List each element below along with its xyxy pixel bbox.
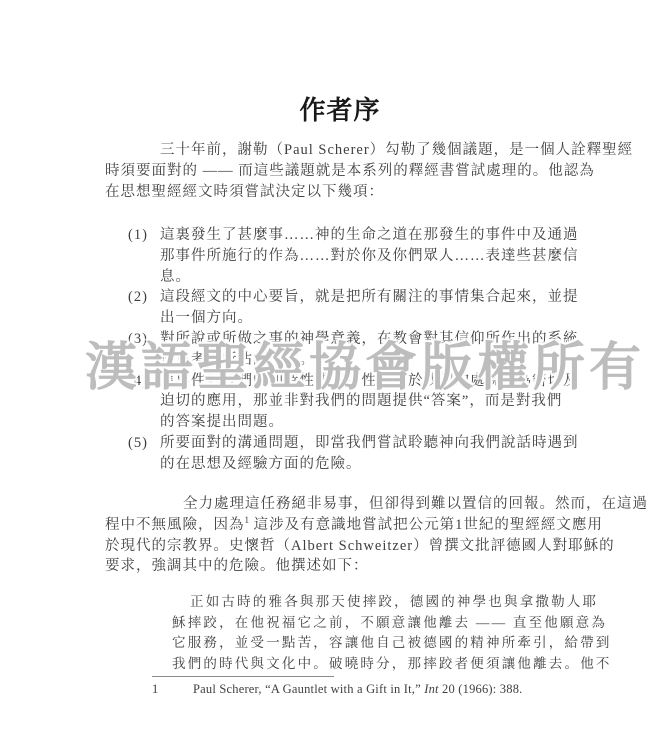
text-segment: Paul Scherer, “A Gauntlet with a Gift in… <box>193 682 424 696</box>
paragraph-risk: 全力處理這任務絕非易事，但卻得到難以置信的回報。然而，在這過 程中不無風險，因為… <box>105 494 565 577</box>
list-item-5: (5)所要面對的溝通問題，即當我們嘗試聆聽神向我們說話時遇到 <box>105 433 565 454</box>
text-line: 對所說或所做之事的神學意義，在教會對其信仰所作出的系統 <box>160 331 579 347</box>
page-content: 作者序 三十年前，謝勒（Paul Scherer）勾勒了幾個議題，是一個人詮釋聖… <box>0 0 650 750</box>
text-line: 全力處理這任務絕非易事，但卻得到難以置信的回報。然而，在這過 <box>105 494 565 515</box>
list-number: (4) <box>128 371 148 392</box>
list-number: (3) <box>128 329 148 350</box>
text-line: 這事件對我們的即時性或實用性，對於我們的處境最為密切及 <box>160 373 579 389</box>
list-number: (5) <box>128 433 148 454</box>
text-line: 它服務，並受一點苦，容讓他自己被德國的精神所牽引，給帶到 <box>172 633 502 654</box>
text-line-with-footnote-ref: 程中不無風險，因為1 這涉及有意識地嘗試把公元第1世紀的聖經經文應用 <box>105 515 565 536</box>
text-segment: 程中不無風險，因為 <box>105 517 245 533</box>
text-line: 這裏發生了甚麼事……神的生命之道在那發生的事件中及通過 <box>160 227 579 243</box>
page-title: 作者序 <box>0 95 650 125</box>
list-item-2: (2)這段經文的中心要旨，就是把所有關注的事情集合起來，並提 <box>105 287 565 308</box>
text-line: 於現代的宗教界。史懷哲（Albert Schweitzer）曾撰文批評德國人對耶… <box>105 536 565 557</box>
text-line: 所要面對的溝通問題，即當我們嘗試聆聽神向我們說話時遇到 <box>160 435 579 451</box>
footnote-number: 1 <box>152 681 158 697</box>
paragraph-intro: 三十年前，謝勒（Paul Scherer）勾勒了幾個議題，是一個人詮釋聖經 時須… <box>105 140 565 202</box>
list-number: (2) <box>128 287 148 308</box>
text-line: 的在思想及經驗方面的危險。 <box>105 454 565 475</box>
list-item-4: (4)這事件對我們的即時性或實用性，對於我們的處境最為密切及 <box>105 371 565 392</box>
text-line: 這段經文的中心要旨，就是把所有關注的事情集合起來，並提 <box>160 289 579 305</box>
book-page: 作者序 三十年前，謝勒（Paul Scherer）勾勒了幾個議題，是一個人詮釋聖… <box>0 0 650 750</box>
block-quote: 正如古時的雅各與那天使摔跤，德國的神學也與拿撒勒人耶 穌摔跤，在他祝福它之前，不… <box>172 592 502 674</box>
text-line: 性思考中所佔的位置。 <box>105 350 565 371</box>
numbered-list: (1)這裏發生了甚麼事……神的生命之道在那發生的事件中及通過 那事件所施行的作為… <box>105 225 565 475</box>
text-line: 正如古時的雅各與那天使摔跤，德國的神學也與拿撒勒人耶 <box>172 592 502 613</box>
footnote-text: Paul Scherer, “A Gauntlet with a Gift in… <box>152 681 572 697</box>
list-item-1: (1)這裏發生了甚麼事……神的生命之道在那發生的事件中及通過 <box>105 225 565 246</box>
footnote-divider <box>152 676 334 677</box>
text-line: 的答案提出問題。 <box>105 412 565 433</box>
text-segment: 20 (1966): 388. <box>439 682 523 696</box>
text-line: 息。 <box>105 267 565 288</box>
text-line: 三十年前，謝勒（Paul Scherer）勾勒了幾個議題，是一個人詮釋聖經 <box>105 140 565 161</box>
list-item-3: (3)對所說或所做之事的神學意義，在教會對其信仰所作出的系統 <box>105 329 565 350</box>
text-line: 我們的時代與文化中。破曉時分，那摔跤者便須讓他離去。他不 <box>172 654 502 675</box>
text-segment: 這涉及有意識地嘗試把公元第1世紀的聖經經文應用 <box>249 517 603 533</box>
text-line: 在思想聖經經文時須嘗試決定以下幾項： <box>105 182 565 203</box>
text-line: 時須要面對的 —— 而這些議題就是本系列的釋經書嘗試處理的。他認為 <box>105 161 565 182</box>
list-number: (1) <box>128 225 148 246</box>
text-line: 要求，強調其中的危險。他撰述如下： <box>105 556 565 577</box>
text-line: 迫切的應用，那並非對我們的問題提供“答案”，而是對我們 <box>105 391 565 412</box>
footnote: 1 Paul Scherer, “A Gauntlet with a Gift … <box>152 681 572 697</box>
text-line: 那事件所施行的作為……對於你及你們眾人……表達些甚麼信 <box>105 246 565 267</box>
text-line: 穌摔跤，在他祝福它之前，不願意讓他離去 —— 直至他願意為 <box>172 613 502 634</box>
text-line: 出一個方向。 <box>105 308 565 329</box>
journal-abbreviation: Int <box>424 682 439 696</box>
